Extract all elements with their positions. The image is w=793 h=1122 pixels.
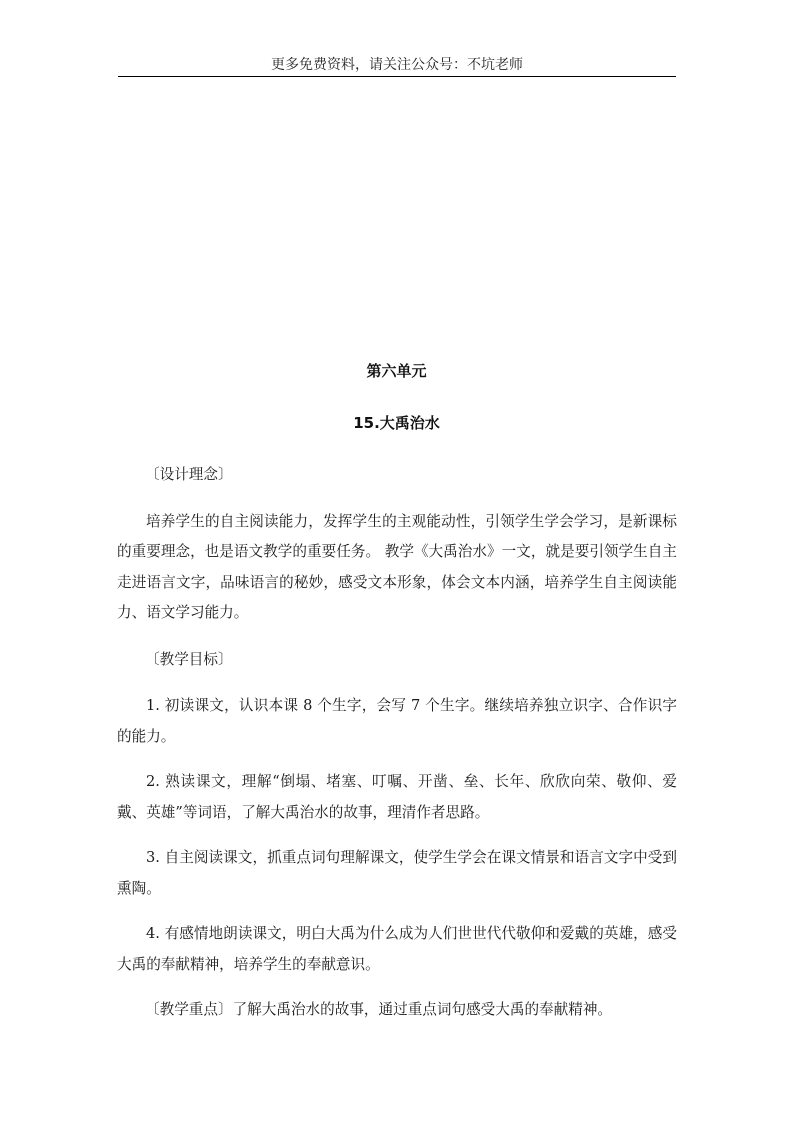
section-label-teaching-goals: 〔教学目标〕 (117, 645, 677, 676)
teaching-focus-text: 了解大禹治水的故事，通过重点词句感受大禹的奉献精神。 (233, 1001, 612, 1018)
section-label-teaching-focus: 〔教学重点〕 (145, 1001, 233, 1018)
header-divider (118, 76, 676, 77)
teaching-goal-item-4: 4. 有感情地朗读课文，明白大禹为什么成为人们世世代代敬仰和爱戴的英雄，感受大禹… (117, 919, 677, 980)
teaching-focus-line: 〔教学重点〕了解大禹治水的故事，通过重点词句感受大禹的奉献精神。 (117, 995, 677, 1026)
teaching-goal-item-1: 1. 初读课文，认识本课 8 个生字，会写 7 个生字。继续培养独立识字、合作识… (117, 691, 677, 752)
design-concept-paragraph: 培养学生的自主阅读能力，发挥学生的主观能动性，引领学生学会学习，是新课标的重要理… (117, 507, 677, 629)
document-body: 〔设计理念〕 培养学生的自主阅读能力，发挥学生的主观能动性，引领学生学会学习，是… (117, 460, 677, 1026)
lesson-title: 15.大禹治水 (0, 412, 793, 433)
header-promo-text: 更多免费资料，请关注公众号：不坑老师 (118, 56, 676, 74)
teaching-goal-item-3: 3. 自主阅读课文，抓重点词句理解课文，使学生学会在课文情景和语言文字中受到熏陶… (117, 843, 677, 904)
teaching-goal-item-2: 2. 熟读课文，理解“倒塌、堵塞、叮嘱、开凿、垒、长年、欣欣向荣、敬仰、爱戴、英… (117, 767, 677, 828)
section-label-design-concept: 〔设计理念〕 (117, 460, 677, 491)
unit-title: 第六单元 (0, 360, 793, 381)
